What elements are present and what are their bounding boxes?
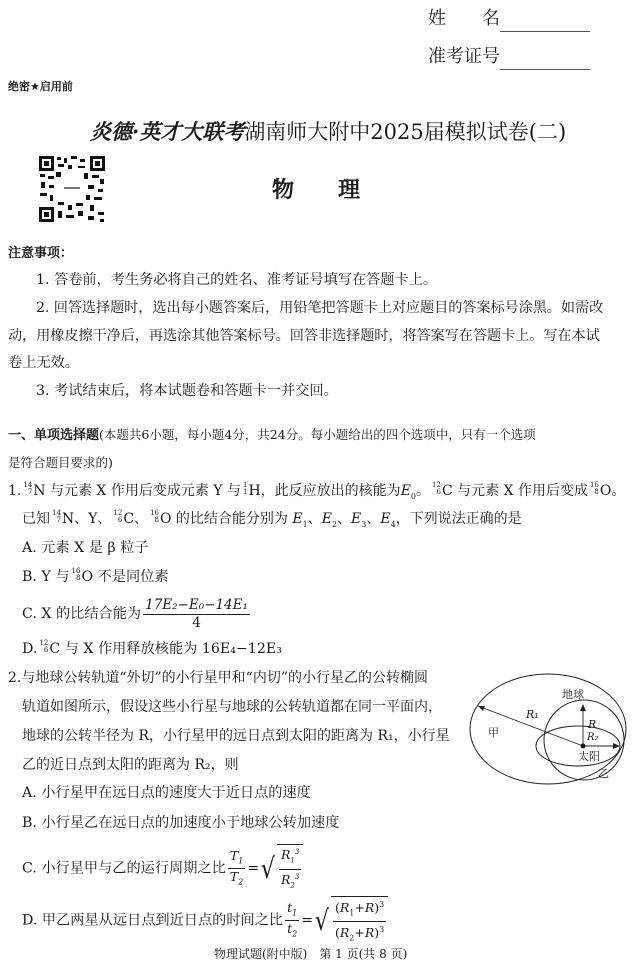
q2-number: 2.	[8, 670, 21, 686]
exam-id-blank	[500, 45, 590, 70]
q1-option-c[interactable]: C. X 的比结合能为17E₂−E₀−14E₁4	[22, 596, 252, 632]
q2-stem-line2: 轨道如图所示，假设这些小行星与地球的公转轨道都在同一平面内，	[22, 697, 442, 717]
confidential-mark: 绝密★启用前	[8, 80, 73, 94]
exam-title: 炎德·英才大联考湖南师大附中2025届模拟试卷(二)	[90, 117, 566, 147]
exam-id-field: 准考证号	[428, 44, 590, 70]
label-earth: 地球	[562, 686, 584, 702]
label-r1: R₁	[526, 708, 539, 721]
q2-option-d[interactable]: D. 甲乙两星从远日点到近日点的时间之比t1t2=√(R1+R)3(R2+R)3	[22, 896, 388, 945]
notes-item-2-cont: 动，用橡皮擦干净后，再选涂其他答案标号。回答非选择题时，将答案写在答题卡上。写在…	[8, 326, 600, 346]
q1-stem-line2: 已知147N、Y、126C、168O 的比结合能分别为 E1、E2、E3、E4，…	[22, 509, 522, 535]
notes-item-3: 3. 考试结束后，将本试题卷和答题卡一并交回。	[36, 381, 338, 401]
q2-option-c[interactable]: C. 小行星甲与乙的运行周期之比T1T2=√R13R23	[22, 844, 303, 893]
page-footer: 物理试题(附中版) 第 1 页(共 8 页)	[214, 944, 407, 964]
notes-item-2: 2. 回答选择题时，选出每小题答案后，用铅笔把答题卡上对应题目的答案标号涂黑。如…	[36, 298, 603, 318]
label-r2: R₂	[587, 732, 599, 743]
section-1-title: 一、单项选择题(本题共6小题，每小题4分，共24分。每小题给出的四个选项中，只有…	[8, 425, 536, 446]
name-label: 姓 名	[428, 8, 500, 29]
section-1-instructions-cont: 是符合题目要求的)	[8, 453, 113, 473]
q2-option-b[interactable]: B. 小行星乙在远日点的加速度小于地球公转加速度	[22, 813, 339, 833]
subject-title: 物 理	[272, 176, 360, 206]
isotope-h1: 11	[243, 482, 247, 496]
exam-main-title: 湖南师大附中2025届模拟试卷(二)	[244, 120, 566, 144]
q2-stem-line3: 地球的公转半径为 R，小行星甲的远日点到太阳的距离为 R₁，小行星	[22, 726, 450, 746]
square-root: √R13R23	[259, 844, 303, 893]
q2-stem-line1: 2.与地球公转轨道“外切”的小行星甲和“内切”的小行星乙的公转椭圆	[8, 668, 428, 688]
orbit-diagram: 地球 R₁ 甲 R R₂ 太阳 乙	[468, 668, 632, 786]
isotope-o16: 168	[590, 482, 599, 496]
q1-number: 1.	[8, 483, 21, 499]
q1-option-b[interactable]: B. Y 与168O 不是同位素	[22, 567, 169, 587]
isotope-c12: 126	[432, 482, 441, 496]
qr-code	[38, 155, 106, 223]
exam-series: 炎德·英才大联考	[90, 119, 244, 144]
q2-option-a[interactable]: A. 小行星甲在远日点的速度大于近日点的速度	[22, 783, 311, 803]
notes-item-2-end: 卷上无效。	[8, 353, 79, 373]
fraction: 17E₂−E₀−14E₁4	[143, 597, 250, 632]
section-1-label: 一、单项选择题	[8, 428, 99, 443]
notes-item-1: 1. 答卷前，考生务必将自己的姓名、准考证号填写在答题卡上。	[36, 270, 437, 290]
name-field: 姓 名	[428, 6, 590, 32]
q1-stem-line1: 1.147N 与元素 X 作用后变成元素 Y 与11H，此反应放出的核能为E0。…	[8, 481, 625, 507]
isotope-n14: 147	[23, 482, 32, 496]
q1-option-a[interactable]: A. 元素 X 是 β 粒子	[22, 538, 149, 558]
label-yi: 乙	[598, 765, 609, 781]
name-blank	[500, 7, 590, 32]
section-1-instructions: (本题共6小题，每小题4分，共24分。每小题给出的四个选项中，只有一个选项	[99, 427, 536, 442]
label-sun: 太阳	[578, 748, 600, 764]
q2-stem-line4: 乙的近日点到太阳的距离为 R₂，则	[22, 755, 239, 775]
q1-option-d[interactable]: D.126C 与 X 作用释放核能为 16E₄−12E₃	[22, 639, 282, 659]
notes-heading: 注意事项：	[8, 244, 73, 264]
label-r: R	[588, 718, 596, 731]
exam-id-label: 准考证号	[428, 46, 500, 67]
label-jia: 甲	[488, 724, 499, 740]
square-root: √(R1+R)3(R2+R)3	[313, 896, 388, 945]
